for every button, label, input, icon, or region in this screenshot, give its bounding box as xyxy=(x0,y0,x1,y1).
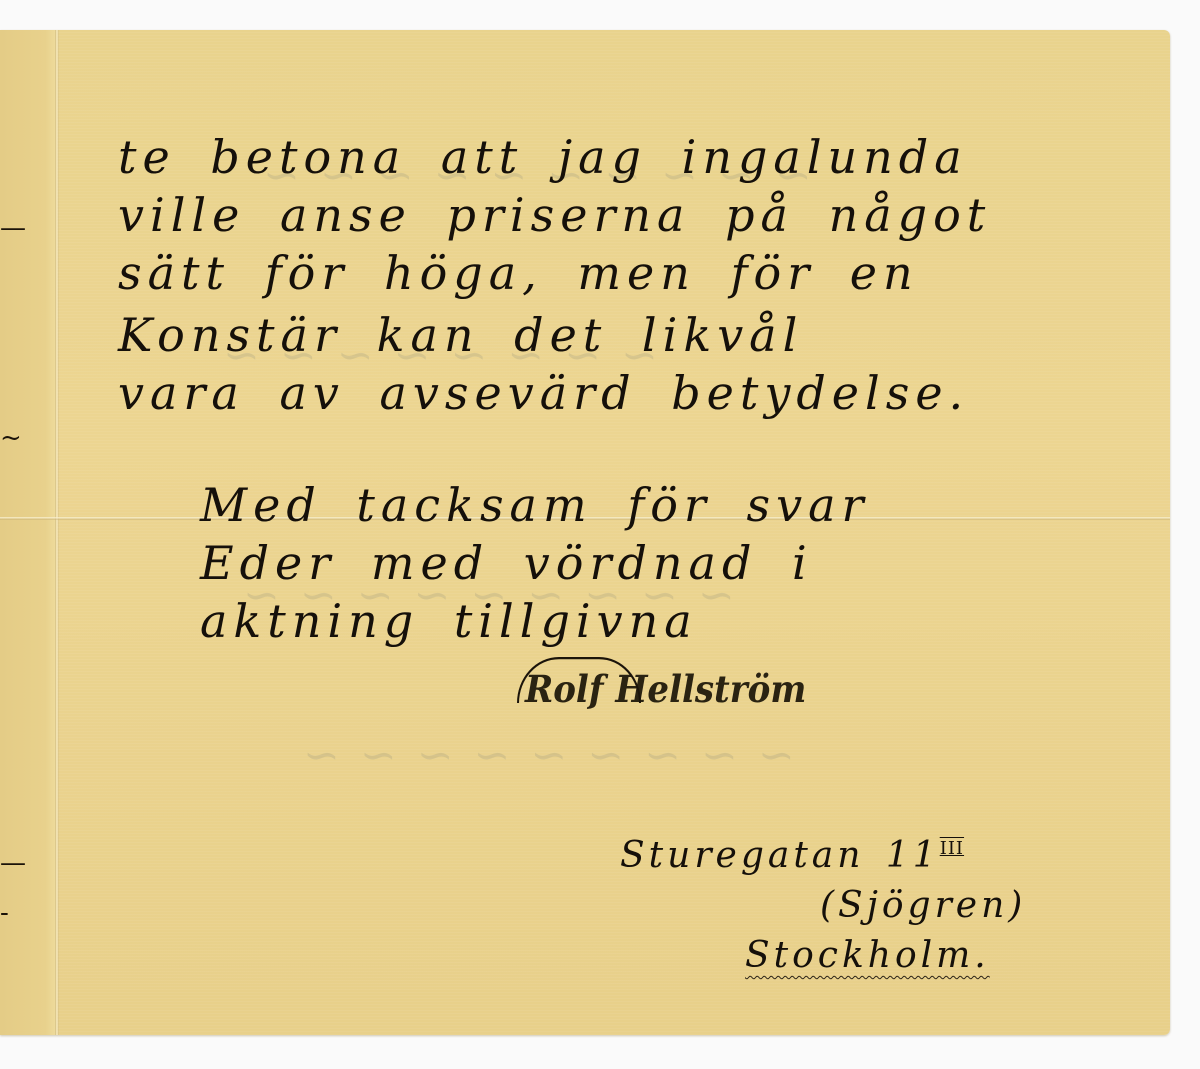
adjacent-page-edge xyxy=(0,30,57,1035)
signature: Rolf Hellström xyxy=(525,668,806,712)
letter-body-line: Konstär kan det likvål xyxy=(118,308,803,362)
letter-closing-line: aktning tillgivna xyxy=(200,594,698,648)
bleed-through-text: ~ ~ ~ ~ ~ ~ ~ ~ ~ xyxy=(300,730,795,781)
letter-body-line: ville anse priserna på något xyxy=(118,188,991,242)
address-street-text: Sturegatan 11 xyxy=(620,835,940,876)
address-city: Stockholm. xyxy=(745,935,990,976)
left-page-fragment: - xyxy=(0,900,9,926)
letter-body-line: vara av avsevärd betydelse. xyxy=(118,366,969,420)
letter-body-line: te betona att jag ingalunda xyxy=(118,130,968,184)
signature-flourish xyxy=(517,657,641,703)
letter-closing-line: Eder med vördnad i xyxy=(200,536,813,590)
left-page-fragment: ~ xyxy=(0,425,22,451)
left-page-fragment: — xyxy=(0,850,26,876)
vertical-fold-crease xyxy=(55,30,59,1035)
address-floor: III xyxy=(940,838,964,859)
address-care-of: (Sjögren) xyxy=(820,885,1026,926)
letter-body-line: sätt för höga, men för en xyxy=(118,246,919,300)
left-page-fragment: — xyxy=(0,215,26,241)
letter-closing-line: Med tacksam för svar xyxy=(200,478,870,532)
letter-sheet: ~ ~ ~ ~ ~ ~ ~ ~ ~ ~ ~ ~ ~ ~ ~ ~ ~ ~ ~ ~ … xyxy=(0,30,1170,1035)
address-street: Sturegatan 11III xyxy=(620,835,964,876)
